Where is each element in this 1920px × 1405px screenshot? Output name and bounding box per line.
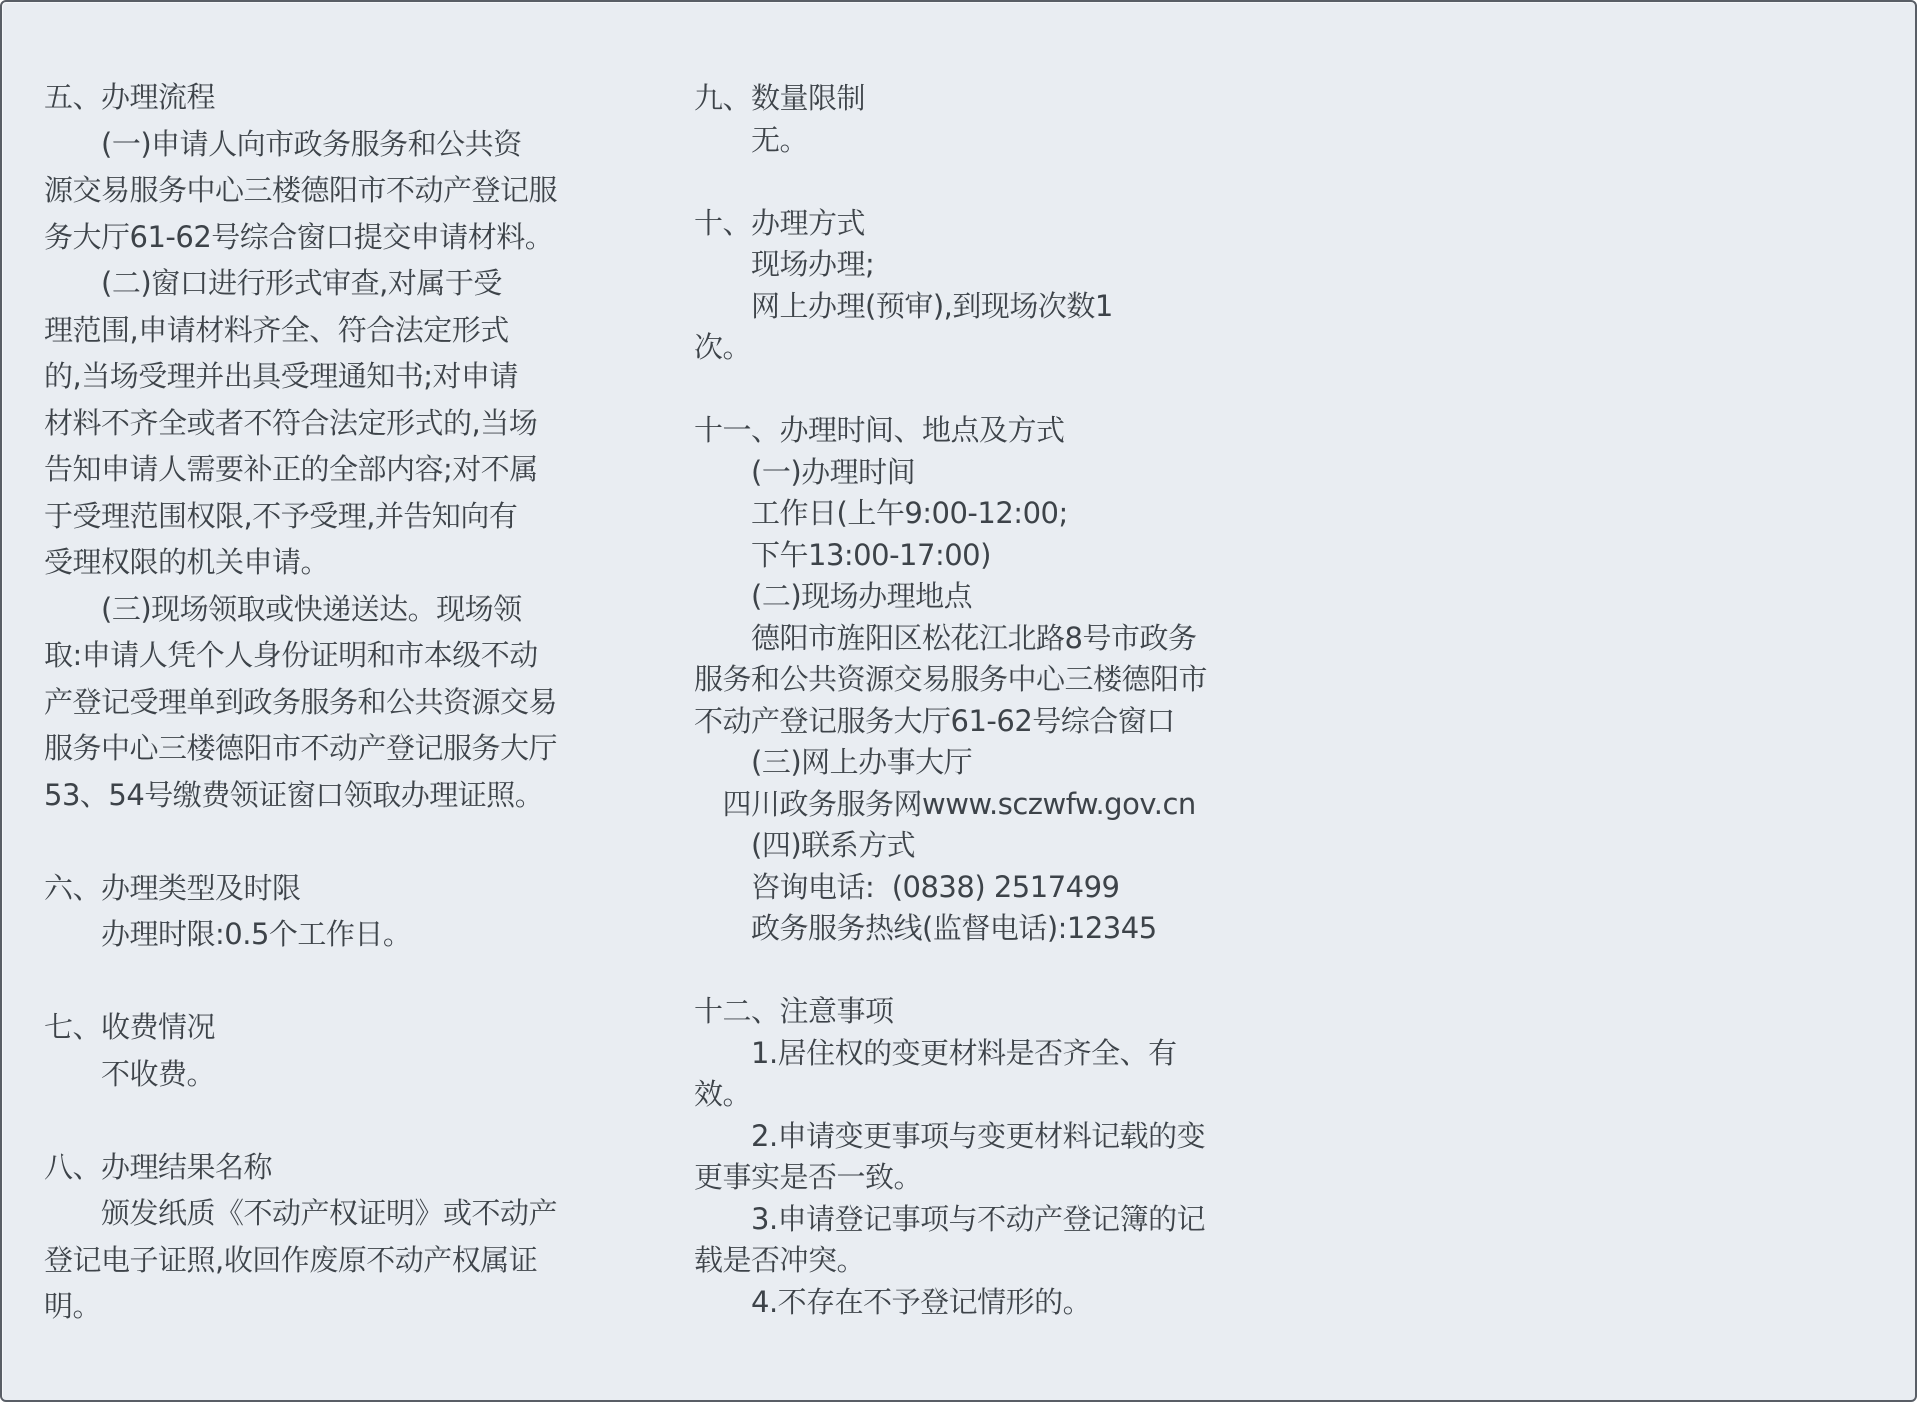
text-line: (二)现场办理地点 [694,576,1274,618]
text-line: 四川政务服务网www.sczwfw.gov.cn [694,784,1274,826]
text-line: 德阳市旌阳区松花江北路8号市政务 [694,618,1274,660]
text-line: 产登记受理单到政务服务和公共资源交易 [44,679,644,726]
text-line: 不收费。 [44,1051,644,1098]
text-line: 咨询电话: (0838) 2517499 [694,867,1274,909]
text-line: 十二、注意事项 [694,991,1274,1033]
text-line: 现场办理; [694,244,1274,286]
blank-line [694,369,1274,411]
text-line: 的,当场受理并出具受理通知书;对申请 [44,353,644,400]
text-line: 3.申请登记事项与不动产登记簿的记 [694,1199,1274,1241]
text-line: 载是否冲突。 [694,1240,1274,1282]
text-line: (二)窗口进行形式审查,对属于受 [44,260,644,307]
document-column-right: 九、数量限制 无。十、办理方式 现场办理; 网上办理(预审),到现场次数1次。十… [694,78,1274,1323]
text-line: 登记电子证照,收回作废原不动产权属证 [44,1237,644,1284]
text-line: 1.居住权的变更材料是否齐全、有 [694,1033,1274,1075]
text-line: 十、办理方式 [694,203,1274,245]
blank-line [694,161,1274,203]
text-line: 工作日(上午9:00-12:00; [694,493,1274,535]
text-line: 告知申请人需要补正的全部内容;对不属 [44,446,644,493]
text-line: 明。 [44,1283,644,1330]
text-line: 受理权限的机关申请。 [44,539,644,586]
text-line: 下午13:00-17:00) [694,535,1274,577]
text-line: 更事实是否一致。 [694,1157,1274,1199]
text-line: (三)现场领取或快递送达。现场领 [44,586,644,633]
text-line: 颁发纸质《不动产权证明》或不动产 [44,1190,644,1237]
blank-line [44,1097,644,1144]
text-line: 效。 [694,1074,1274,1116]
text-line: 八、办理结果名称 [44,1144,644,1191]
text-line: (一)申请人向市政务服务和公共资 [44,121,644,168]
text-line: 无。 [694,120,1274,162]
text-line: 五、办理流程 [44,74,644,121]
text-line: (四)联系方式 [694,825,1274,867]
text-line: (一)办理时间 [694,452,1274,494]
text-line: 九、数量限制 [694,78,1274,120]
document-column-left: 五、办理流程 (一)申请人向市政务服务和公共资源交易服务中心三楼德阳市不动产登记… [44,74,644,1330]
text-line: 六、办理类型及时限 [44,865,644,912]
text-line: 办理时限:0.5个工作日。 [44,911,644,958]
text-line: 十一、办理时间、地点及方式 [694,410,1274,452]
text-line: 材料不齐全或者不符合法定形式的,当场 [44,400,644,447]
text-line: 4.不存在不予登记情形的。 [694,1282,1274,1324]
text-line: (三)网上办事大厅 [694,742,1274,784]
text-line: 理范围,申请材料齐全、符合法定形式 [44,307,644,354]
text-line: 53、54号缴费领证窗口领取办理证照。 [44,772,644,819]
blank-line [694,950,1274,992]
text-line: 服务和公共资源交易服务中心三楼德阳市 [694,659,1274,701]
text-line: 政务服务热线(监督电话):12345 [694,908,1274,950]
text-line: 取:申请人凭个人身份证明和市本级不动 [44,632,644,679]
text-line: 务大厅61-62号综合窗口提交申请材料。 [44,214,644,261]
document-page: 五、办理流程 (一)申请人向市政务服务和公共资源交易服务中心三楼德阳市不动产登记… [0,0,1917,1402]
blank-line [44,958,644,1005]
text-line: 不动产登记服务大厅61-62号综合窗口 [694,701,1274,743]
text-line: 次。 [694,327,1274,369]
text-line: 服务中心三楼德阳市不动产登记服务大厅 [44,725,644,772]
text-line: 于受理范围权限,不予受理,并告知向有 [44,493,644,540]
text-line: 源交易服务中心三楼德阳市不动产登记服 [44,167,644,214]
text-line: 七、收费情况 [44,1004,644,1051]
text-line: 网上办理(预审),到现场次数1 [694,286,1274,328]
blank-line [44,818,644,865]
text-line: 2.申请变更事项与变更材料记载的变 [694,1116,1274,1158]
